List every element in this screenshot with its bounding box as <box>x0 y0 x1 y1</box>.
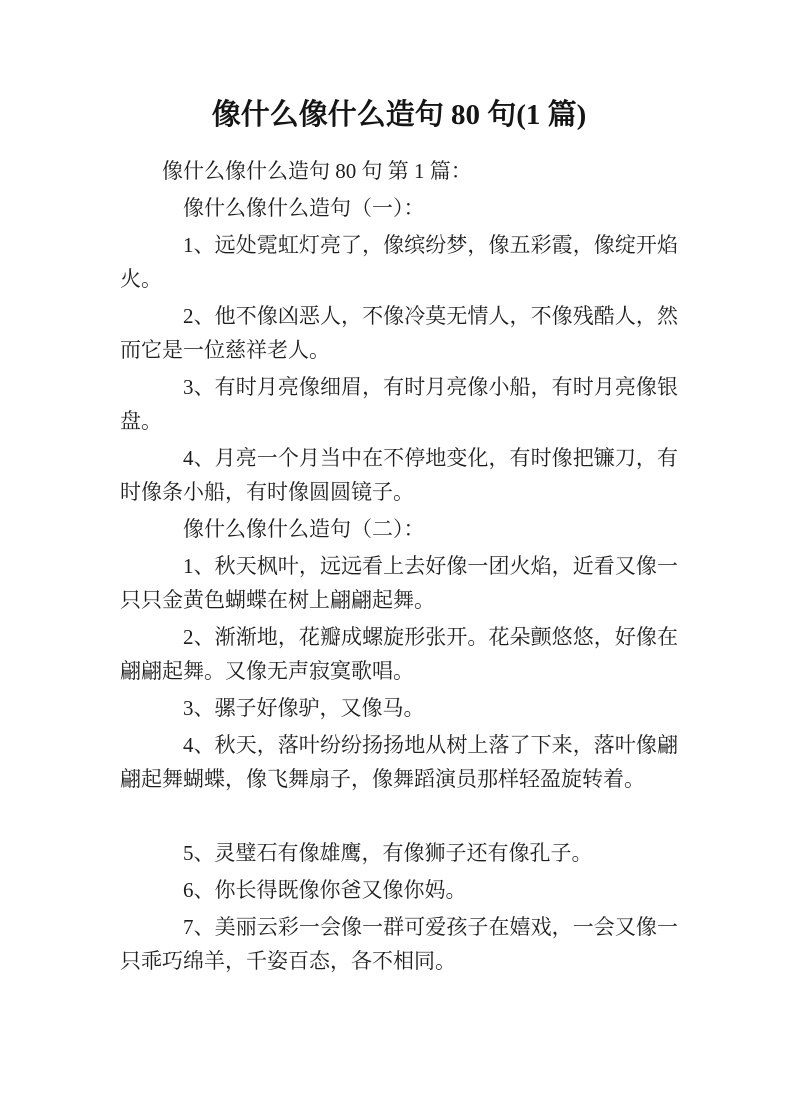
paragraph: 6、你长得既像你爸又像你妈。 <box>120 873 678 907</box>
paragraph: 7、美丽云彩一会像一群可爱孩子在嬉戏，一会又像一只乖巧绵羊，千姿百态，各不相同。 <box>120 910 678 978</box>
paragraph: 5、灵璧石有像雄鹰，有像狮子还有像孔子。 <box>120 836 678 870</box>
paragraph: 3、骡子好像驴，又像马。 <box>120 691 678 725</box>
paragraph: 像什么像什么造句（一）： <box>120 191 678 225</box>
paragraph: 3、有时月亮像细眉，有时月亮像小船，有时月亮像银盘。 <box>120 370 678 438</box>
paragraph-list: 像什么像什么造句 80 句 第 1 篇：像什么像什么造句（一）：1、远处霓虹灯亮… <box>120 154 678 978</box>
paragraph: 像什么像什么造句 80 句 第 1 篇： <box>120 154 678 188</box>
paragraph: 4、秋天，落叶纷纷扬扬地从树上落了下来，落叶像翩翩起舞蝴蝶，像飞舞扇子，像舞蹈演… <box>120 728 678 796</box>
paragraph: 2、他不像凶恶人，不像冷莫无情人，不像残酷人，然而它是一位慈祥老人。 <box>120 299 678 367</box>
document-title: 像什么像什么造句 80 句(1 篇) <box>120 97 678 133</box>
paragraph: 像什么像什么造句（二）： <box>120 512 678 546</box>
paragraph: 2、渐渐地，花瓣成螺旋形张开。花朵颤悠悠，好像在翩翩起舞。又像无声寂寞歌唱。 <box>120 620 678 688</box>
paragraph: 1、秋天枫叶，远远看上去好像一团火焰，近看又像一只只金黄色蝴蝶在树上翩翩起舞。 <box>120 549 678 617</box>
blank-line <box>120 799 678 833</box>
paragraph: 1、远处霓虹灯亮了，像缤纷梦，像五彩霞，像绽开焰火。 <box>120 228 678 296</box>
document-content: 像什么像什么造句 80 句(1 篇) 像什么像什么造句 80 句 第 1 篇：像… <box>0 0 792 978</box>
document-page: 像什么像什么造句 80 句(1 篇) 像什么像什么造句 80 句 第 1 篇：像… <box>0 0 792 1120</box>
paragraph: 4、月亮一个月当中在不停地变化，有时像把镰刀，有时像条小船，有时像圆圆镜子。 <box>120 441 678 509</box>
